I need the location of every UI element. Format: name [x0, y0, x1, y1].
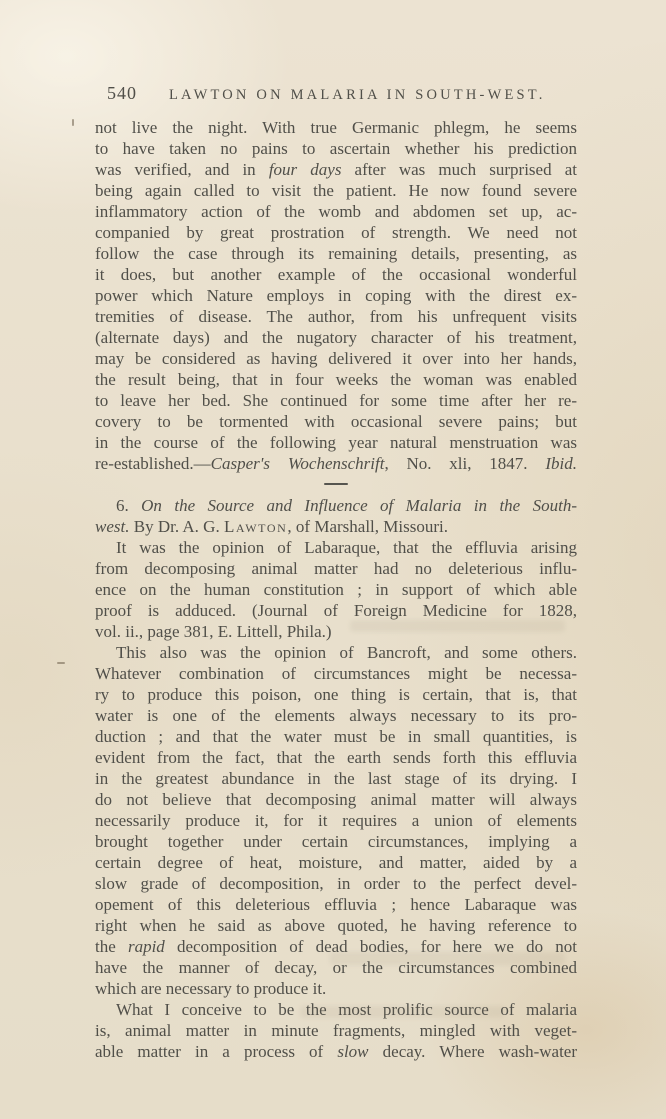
text-segment: , of Marshall, Missouri.	[287, 517, 448, 536]
text-line: ry to produce this poison, one thing is …	[95, 684, 577, 705]
italic-text: west.	[95, 517, 129, 536]
text-line: evident from the fact, that the earth se…	[95, 747, 577, 768]
scan-speck	[72, 119, 74, 126]
text-line: ence on the human constitution ; in supp…	[95, 579, 577, 600]
text-line: to have taken no pains to ascertain whet…	[95, 138, 577, 159]
text-segment: re-established.—	[95, 454, 211, 473]
text-segment: companied by great prostration of streng…	[95, 223, 577, 242]
scan-speck	[57, 662, 65, 664]
text-line: What I conceive to be the most prolific …	[95, 999, 577, 1020]
text-line: necessarily produce it, for it requires …	[95, 810, 577, 831]
text-line: was verified, and in four days after was…	[95, 159, 577, 180]
text-segment: opement of this deleterious effluvia ; h…	[95, 895, 577, 914]
page-number: 540	[107, 83, 137, 104]
section-divider-rule	[324, 483, 348, 485]
text-line: may be considered as having delivered it…	[95, 348, 577, 369]
text-line: This also was the opinion of Bancroft, a…	[95, 642, 577, 663]
text-line: have the manner of decay, or the circums…	[95, 957, 577, 978]
body-paragraph-labaraque: It was the opinion of Labaraque, that th…	[95, 537, 577, 642]
text-line: water is one of the elements always nece…	[95, 705, 577, 726]
text-line: do not believe that decomposing animal m…	[95, 789, 577, 810]
text-line: It was the opinion of Labaraque, that th…	[95, 537, 577, 558]
body-paragraph-prolific-source: What I conceive to be the most prolific …	[95, 999, 577, 1062]
text-line: power which Nature employs in coping wit…	[95, 285, 577, 306]
text-line: proof is adduced. (Journal of Foreign Me…	[95, 600, 577, 621]
text-segment: do not believe that decomposing animal m…	[95, 790, 577, 809]
text-line: from decomposing animal matter had no de…	[95, 558, 577, 579]
text-line: duction ; and that the water must be in …	[95, 726, 577, 747]
text-segment: it does, but another example of the occa…	[95, 265, 577, 284]
page-header: 540 LAWTON ON MALARIA IN SOUTH-WEST.	[107, 83, 569, 104]
text-segment: What I conceive to be the most prolific …	[116, 1000, 577, 1019]
text-line: 6. On the Source and Influence of Malari…	[95, 495, 577, 516]
text-segment: power which Nature employs in coping wit…	[95, 286, 577, 305]
text-segment: evident from the fact, that the earth se…	[95, 748, 577, 767]
text-segment: inflammatory action of the womb and abdo…	[95, 202, 577, 221]
text-segment: have the manner of decay, or the circums…	[95, 958, 577, 977]
text-line: to leave her bed. She continued for some…	[95, 390, 577, 411]
text-segment: to leave her bed. She continued for some…	[95, 391, 577, 410]
text-segment: which are necessary to produce it.	[95, 979, 326, 998]
text-line: Whatever combination of circumstances mi…	[95, 663, 577, 684]
text-segment: is, animal matter in minute fragments, m…	[95, 1021, 577, 1040]
text-line: not live the night. With true Germanic p…	[95, 117, 577, 138]
text-segment: tremities of disease. The author, from h…	[95, 307, 577, 326]
text-segment: ry to produce this poison, one thing is …	[95, 685, 577, 704]
body-paragraph-bancroft: This also was the opinion of Bancroft, a…	[95, 642, 577, 999]
text-segment: By Dr. A. G.	[129, 517, 223, 536]
text-segment: necessarily produce it, for it requires …	[95, 811, 577, 830]
text-line: in the greatest abundance in the last st…	[95, 768, 577, 789]
text-segment: after was much surprised at	[341, 160, 577, 179]
running-title: LAWTON ON MALARIA IN SOUTH-WEST.	[169, 87, 546, 104]
continuation-paragraph: not live the night. With true Germanic p…	[95, 117, 577, 474]
text-segment: (alternate days) and the nugatory charac…	[95, 328, 577, 347]
text-segment: being again called to visit the patient.…	[95, 181, 577, 200]
text-line: which are necessary to produce it.	[95, 978, 577, 999]
text-segment: , No. xli, 1847.	[384, 454, 545, 473]
text-segment: right when he said as above quoted, he h…	[95, 916, 577, 935]
text-segment: ence on the human constitution ; in supp…	[95, 580, 577, 599]
smallcaps-text: Lawton	[224, 517, 287, 536]
italic-text: On the Source and Influence of Malaria i…	[141, 496, 577, 515]
text-line: in the course of the following year natu…	[95, 432, 577, 453]
text-line: the result being, that in four weeks the…	[95, 369, 577, 390]
text-line: slow grade of decomposition, in order to…	[95, 873, 577, 894]
text-segment: follow the case through its remaining de…	[95, 244, 577, 263]
text-line: certain degree of heat, moisture, and ma…	[95, 852, 577, 873]
text-line: brought together under certain circumsta…	[95, 831, 577, 852]
text-line: able matter in a process of slow decay. …	[95, 1041, 577, 1062]
text-segment: decomposition of dead bodies, for here w…	[165, 937, 577, 956]
text-segment: It was the opinion of Labaraque, that th…	[116, 538, 577, 557]
text-line: tremities of disease. The author, from h…	[95, 306, 577, 327]
text-line: is, animal matter in minute fragments, m…	[95, 1020, 577, 1041]
text-line: inflammatory action of the womb and abdo…	[95, 201, 577, 222]
text-line: opement of this deleterious effluvia ; h…	[95, 894, 577, 915]
text-line: being again called to visit the patient.…	[95, 180, 577, 201]
text-line: (alternate days) and the nugatory charac…	[95, 327, 577, 348]
text-segment: the	[95, 937, 128, 956]
text-line: companied by great prostration of streng…	[95, 222, 577, 243]
text-line: west. By Dr. A. G. Lawton, of Marshall, …	[95, 516, 577, 537]
text-segment: the result being, that in four weeks the…	[95, 370, 577, 389]
text-segment: duction ; and that the water must be in …	[95, 727, 577, 746]
text-column: not live the night. With true Germanic p…	[95, 117, 577, 1062]
section-heading: 6. On the Source and Influence of Malari…	[95, 495, 577, 537]
text-segment: in the greatest abundance in the last st…	[95, 769, 577, 788]
italic-text: Ibid.	[545, 454, 577, 473]
text-segment: certain degree of heat, moisture, and ma…	[95, 853, 577, 872]
italic-text: rapid	[128, 937, 165, 956]
text-segment: Whatever combination of circumstances mi…	[95, 664, 577, 683]
text-segment: was verified, and in	[95, 160, 269, 179]
italic-text: slow	[337, 1042, 368, 1061]
text-line: follow the case through its remaining de…	[95, 243, 577, 264]
text-segment: brought together under certain circumsta…	[95, 832, 577, 851]
scanned-book-page: 540 LAWTON ON MALARIA IN SOUTH-WEST. not…	[0, 0, 666, 1119]
text-line: the rapid decomposition of dead bodies, …	[95, 936, 577, 957]
text-segment: covery to be tormented with occasional s…	[95, 412, 577, 431]
text-segment: able matter in a process of	[95, 1042, 337, 1061]
text-line: right when he said as above quoted, he h…	[95, 915, 577, 936]
text-segment: to have taken no pains to ascertain whet…	[95, 139, 577, 158]
text-segment: not live the night. With true Germanic p…	[95, 118, 577, 137]
text-segment: 6.	[116, 496, 141, 515]
text-segment: proof is adduced. (Journal of Foreign Me…	[95, 601, 577, 620]
text-line: re-established.—Casper's Wochenschrift, …	[95, 453, 577, 474]
italic-text: four days	[269, 160, 342, 179]
text-segment: vol. ii., page 381, E. Littell, Phila.)	[95, 622, 332, 641]
text-line: it does, but another example of the occa…	[95, 264, 577, 285]
text-segment: This also was the opinion of Bancroft, a…	[116, 643, 577, 662]
text-segment: slow grade of decomposition, in order to…	[95, 874, 577, 893]
text-segment: in the course of the following year natu…	[95, 433, 577, 452]
text-segment: decay. Where wash-water	[369, 1042, 577, 1061]
italic-text: Casper's Wochenschrift	[211, 454, 385, 473]
text-segment: water is one of the elements always nece…	[95, 706, 577, 725]
text-segment: from decomposing animal matter had no de…	[95, 559, 577, 578]
text-line: covery to be tormented with occasional s…	[95, 411, 577, 432]
text-segment: may be considered as having delivered it…	[95, 349, 577, 368]
text-line: vol. ii., page 381, E. Littell, Phila.)	[95, 621, 577, 642]
